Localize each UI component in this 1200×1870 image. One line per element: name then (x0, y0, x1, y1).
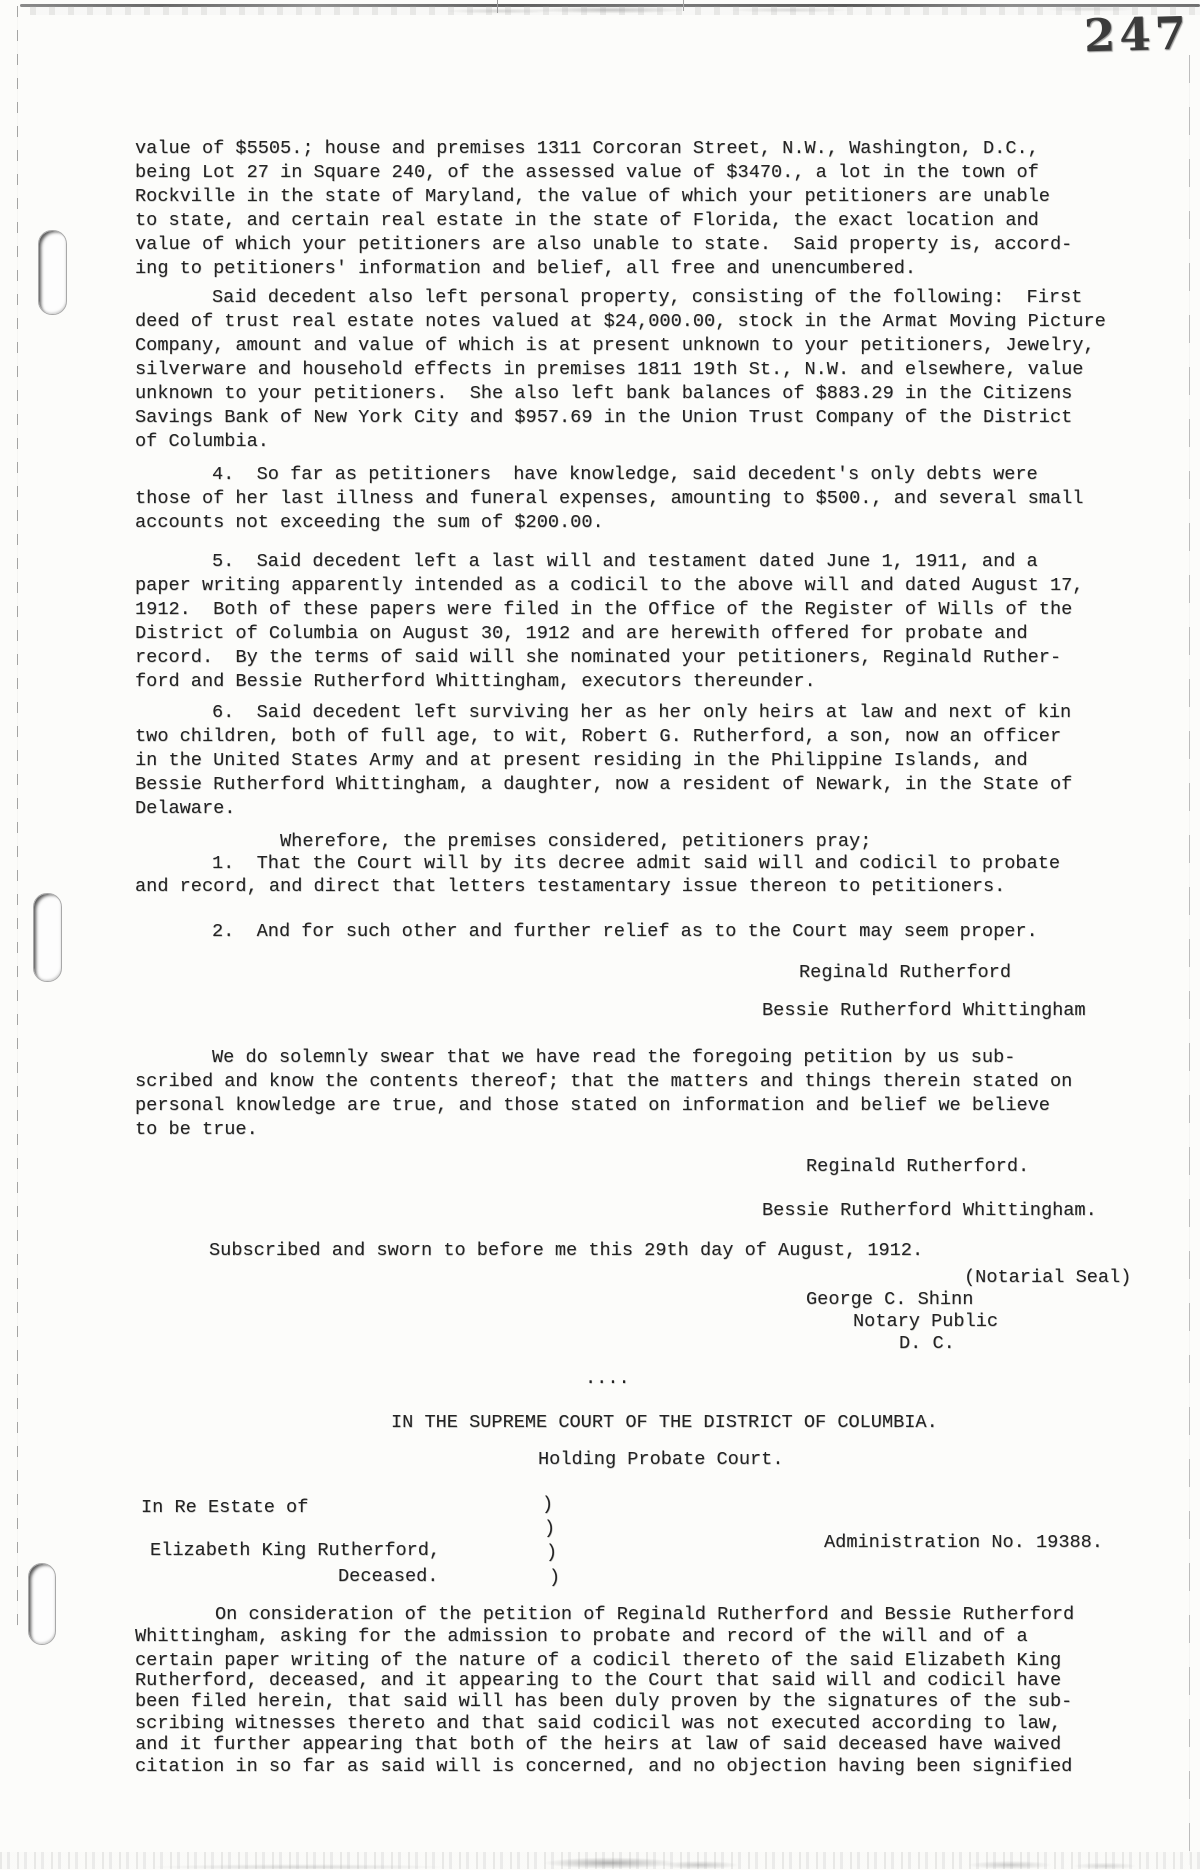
page-bottom-edge-noise (0, 1852, 1200, 1869)
caption-decedent-name: Elizabeth King Rutherford, (150, 1540, 440, 1562)
notarial-seal-note: (Notarial Seal) (964, 1267, 1131, 1289)
text-line: We do solemnly swear that we have read t… (212, 1047, 1015, 1069)
section-separator-dots: .... (585, 1368, 630, 1390)
text-line: Bessie Rutherford Whittingham, a daughte… (135, 774, 1072, 796)
administration-number: Administration No. 19388. (824, 1532, 1103, 1554)
text-line: Savings Bank of New York City and $957.6… (135, 407, 1072, 429)
court-subheading: Holding Probate Court. (538, 1449, 783, 1471)
text-line: ford and Bessie Rutherford Whittingham, … (135, 671, 816, 693)
text-line: citation in so far as said will is conce… (135, 1756, 1072, 1778)
signature-bessie-whittingham: Bessie Rutherford Whittingham (762, 1000, 1086, 1022)
text-line: certain paper writing of the nature of a… (135, 1650, 1061, 1672)
text-line: 1. That the Court will by its decree adm… (212, 853, 1060, 875)
page-right-edge (1189, 55, 1190, 1865)
caption-bracket: ) (542, 1494, 553, 1516)
page-top-edge-noise (30, 6, 1200, 15)
signature-reginald-rutherford: Reginald Rutherford (799, 962, 1011, 984)
caption-in-re: In Re Estate of (141, 1497, 308, 1519)
text-line: Rockville in the state of Maryland, the … (135, 186, 1050, 208)
binder-hole (38, 230, 67, 315)
text-line: 5. Said decedent left a last will and te… (212, 551, 1038, 573)
text-line: ing to petitioners' information and beli… (135, 258, 916, 280)
text-line: those of her last illness and funeral ex… (135, 488, 1083, 510)
text-line: accounts not exceeding the sum of $200.0… (135, 512, 604, 534)
text-line: being Lot 27 in Square 240, of the asses… (135, 162, 1039, 184)
text-line: and record, and direct that letters test… (135, 876, 1005, 898)
signature-bessie-whittingham-sworn: Bessie Rutherford Whittingham. (762, 1200, 1097, 1222)
scan-artifact-tick (683, 0, 684, 11)
text-line: been filed herein, that said will has be… (135, 1691, 1072, 1713)
text-line: District of Columbia on August 30, 1912 … (135, 623, 1028, 645)
court-heading: IN THE SUPREME COURT OF THE DISTRICT OF … (391, 1412, 938, 1434)
caption-deceased: Deceased. (338, 1566, 438, 1588)
text-line: personal knowledge are true, and those s… (135, 1095, 1050, 1117)
text-line: to be true. (135, 1119, 258, 1141)
text-line: scribing witnesses thereto and that said… (135, 1713, 1061, 1735)
scanned-document-page: 247 value of $5505.; house and premises … (0, 0, 1200, 1870)
binder-hole (28, 1563, 56, 1645)
text-line: of Columbia. (135, 431, 269, 453)
text-line: On consideration of the petition of Regi… (215, 1604, 1074, 1626)
notary-jurisdiction: D. C. (899, 1333, 955, 1355)
caption-bracket: ) (544, 1518, 555, 1540)
text-line: paper writing apparently intended as a c… (135, 575, 1083, 597)
text-line: value of $5505.; house and premises 1311… (135, 138, 1039, 160)
text-line: 6. Said decedent left surviving her as h… (212, 702, 1071, 724)
text-line: Subscribed and sworn to before me this 2… (209, 1240, 923, 1262)
text-line: scribed and know the contents thereof; t… (135, 1071, 1072, 1093)
text-line: 2. And for such other and further relief… (212, 921, 1038, 943)
text-line: 1912. Both of these papers were filed in… (135, 599, 1072, 621)
text-line: two children, both of full age, to wit, … (135, 726, 1061, 748)
text-line: value of which your petitioners are also… (135, 234, 1072, 256)
text-line: and it further appearing that both of th… (135, 1734, 1061, 1756)
notary-title: Notary Public (853, 1311, 998, 1333)
text-line: Delaware. (135, 798, 235, 820)
text-line: 4. So far as petitioners have knowledge,… (212, 464, 1038, 486)
binder-hole (33, 893, 62, 982)
notary-name: George C. Shinn (806, 1289, 973, 1311)
text-line: to state, and certain real estate in the… (135, 210, 1039, 232)
page-number: 247 (1083, 7, 1190, 63)
text-line: Said decedent also left personal propert… (212, 287, 1082, 309)
caption-bracket: ) (546, 1542, 557, 1564)
caption-bracket: ) (549, 1567, 560, 1589)
text-line: Wherefore, the premises considered, peti… (280, 831, 871, 853)
page-left-edge (17, 6, 18, 1626)
text-line: Whittingham, asking for the admission to… (135, 1626, 1028, 1648)
signature-reginald-rutherford-sworn: Reginald Rutherford. (806, 1156, 1029, 1178)
text-line: unknown to your petitioners. She also le… (135, 383, 1072, 405)
text-line: silverware and household effects in prem… (135, 359, 1083, 381)
text-line: in the United States Army and at present… (135, 750, 1028, 772)
text-line: Rutherford, deceased, and it appearing t… (135, 1670, 1061, 1692)
text-line: Company, amount and value of which is at… (135, 335, 1095, 357)
text-line: deed of trust real estate notes valued a… (135, 311, 1106, 333)
text-line: record. By the terms of said will she no… (135, 647, 1061, 669)
scan-artifact-tick (497, 0, 498, 13)
